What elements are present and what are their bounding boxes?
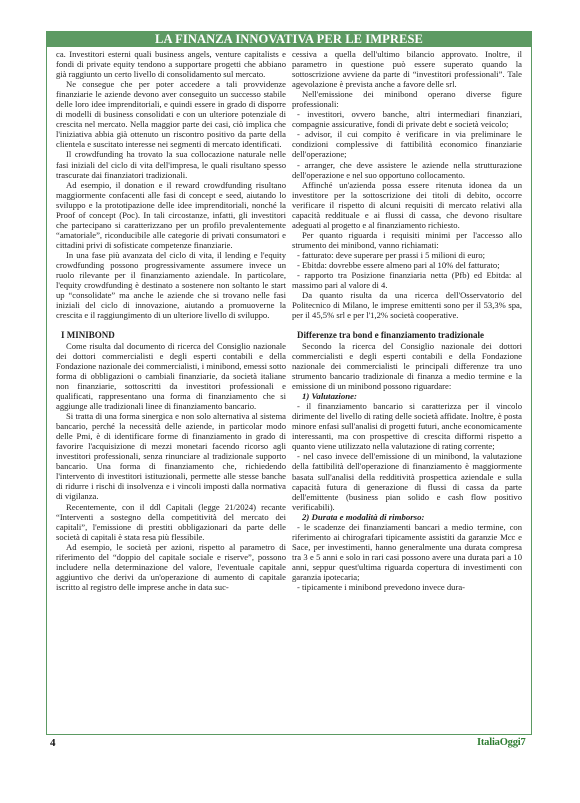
left-column: ca. Investitori esterni quali business a… [56, 49, 286, 732]
list-item: - tipicamente i minibond prevedono invec… [292, 582, 522, 592]
spacer [292, 320, 522, 330]
subheading-valutazione: 1) Valutazione: [292, 391, 522, 401]
paragraph: Da quanto risulta da una ricerca dell'Os… [292, 290, 522, 320]
section-heading-minibond: I MINIBOND [56, 330, 286, 341]
list-item: - advisor, il cui compito è verificare i… [292, 129, 522, 159]
list-item: - arranger, che deve assistere le aziend… [292, 160, 522, 180]
spacer [56, 320, 286, 330]
paragraph: Il crowdfunding ha trovato la sua colloc… [56, 149, 286, 179]
paragraph: Affinché un'azienda possa essere ritenut… [292, 180, 522, 230]
subheading-durata: 2) Durata e modalità di rimborso: [292, 512, 522, 522]
paragraph: Ad esempio, le società per azioni, rispe… [56, 542, 286, 592]
list-item: - nel caso invece dell'emissione di un m… [292, 451, 522, 511]
article-columns: ca. Investitori esterni quali business a… [56, 49, 522, 732]
list-item: - le scadenze dei finanziamenti bancari … [292, 522, 522, 582]
paragraph: cessiva a quella dell'ultimo bilancio ap… [292, 49, 522, 89]
paragraph: Recentemente, con il ddl Capitali (legge… [56, 502, 286, 542]
paragraph: Ne consegue che per poter accedere a tal… [56, 79, 286, 149]
right-column: cessiva a quella dell'ultimo bilancio ap… [292, 49, 522, 732]
list-item: - Ebitda: dovrebbe essere almeno pari al… [292, 260, 522, 270]
paragraph: Per quanto riguarda i requisiti minimi p… [292, 230, 522, 250]
section-heading-differenze: Differenze tra bond e finanziamento trad… [292, 330, 522, 341]
article-frame: LA FINANZA INNOVATIVA PER LE IMPRESE ca.… [46, 31, 532, 735]
paragraph: Nell'emissione dei minibond operano dive… [292, 89, 522, 109]
paragraph: Si tratta di una forma sinergica e non s… [56, 411, 286, 501]
list-item: - rapporto tra Posizione finanziaria net… [292, 270, 522, 290]
paragraph: ca. Investitori esterni quali business a… [56, 49, 286, 79]
list-item: - investitori, ovvero banche, altri inte… [292, 109, 522, 129]
list-item: - fatturato: deve superare per prassi i … [292, 250, 522, 260]
paragraph: Ad esempio, il donation e il reward crow… [56, 180, 286, 250]
paragraph: Come risulta dal documento di ricerca de… [56, 341, 286, 411]
list-item: - il finanziamento bancario si caratteri… [292, 401, 522, 451]
brand-logo: ItaliaOggi7 [477, 737, 526, 748]
page-number: 4 [50, 737, 56, 749]
paragraph: In una fase più avanzata del ciclo di vi… [56, 250, 286, 320]
paragraph: Secondo la ricerca del Consiglio naziona… [292, 341, 522, 391]
section-header: LA FINANZA INNOVATIVA PER LE IMPRESE [47, 32, 531, 47]
